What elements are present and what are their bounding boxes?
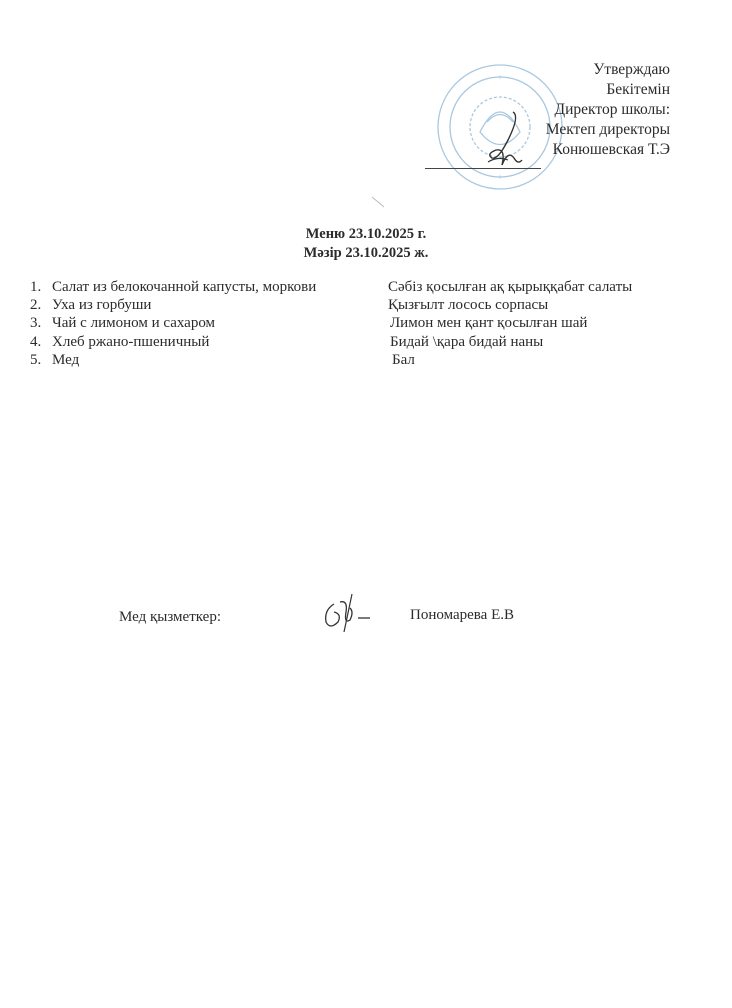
medical-worker-name: Пономарева Е.В xyxy=(410,607,514,624)
scan-mark-icon xyxy=(370,195,390,209)
menu-list-ru: 1.Салат из белокочанной капусты, моркови… xyxy=(30,278,316,369)
list-item: 4.Хлеб ржано-пшеничный xyxy=(30,333,316,351)
approval-line: Мектеп директоры xyxy=(546,120,670,140)
list-item: Бидай \қара бидай наны xyxy=(388,333,632,351)
list-item: 5.Мед xyxy=(30,351,316,369)
list-item: 1.Салат из белокочанной капусты, моркови xyxy=(30,278,316,296)
approval-line: Утверждаю xyxy=(546,60,670,80)
medical-signature-icon xyxy=(320,592,378,634)
list-item: 3.Чай с лимоном и сахаром xyxy=(30,314,316,332)
approval-line: Конюшевская Т.Э xyxy=(546,140,670,160)
approval-line: Бекітемін xyxy=(546,80,670,100)
menu-list-kz: Сәбіз қосылған ақ қырыққабат салаты Қызғ… xyxy=(388,278,632,369)
list-item: 2.Уха из горбуши xyxy=(30,296,316,314)
director-signature-icon xyxy=(478,110,538,172)
list-item: Бал xyxy=(388,351,632,369)
list-item: Қызғылт лосось сорпасы xyxy=(388,296,632,314)
approval-block: Утверждаю Бекітемін Директор школы: Мект… xyxy=(546,60,670,160)
list-item: Лимон мен қант қосылған шай xyxy=(388,314,632,332)
list-item: Сәбіз қосылған ақ қырыққабат салаты xyxy=(388,278,632,296)
menu-title-kz: Мәзір 23.10.2025 ж. xyxy=(0,244,732,263)
medical-worker-label: Мед қызметкер: xyxy=(119,609,221,626)
approval-line: Директор школы: xyxy=(546,100,670,120)
menu-title-ru: Меню 23.10.2025 г. xyxy=(0,225,732,244)
